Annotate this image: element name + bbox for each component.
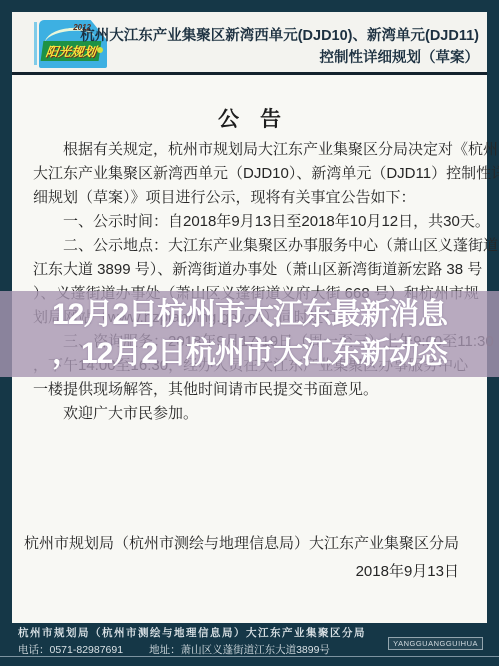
notice-line: 二、公示地点：大江东产业集聚区办事服务中心（萧山区义蓬街道 xyxy=(33,234,469,258)
footer-phone: 电话：0571-82987691 xyxy=(18,644,123,656)
plan-title-line1: 杭州大江东产业集聚区新湾西单元(DJD10)、新湾单元(DJD11) xyxy=(80,25,479,47)
notice-line: 一楼提供现场解答，其他时间请市民提交书面意见。 xyxy=(33,378,469,402)
plan-title: 杭州大江东产业集聚区新湾西单元(DJD10)、新湾单元(DJD11) 控制性详细… xyxy=(80,25,479,69)
notice-line: 细规划（草案）》项目进行公示，现将有关事宜公告如下： xyxy=(33,186,469,210)
footer-divider-line xyxy=(0,656,499,657)
notice-line: 江东大道 3899 号）、新湾街道办事处（萧山区新湾街道新宏路 38 号 xyxy=(33,258,469,282)
signature-org: 杭州市规划局（杭州市测绘与地理信息局）大江东产业集聚区分局 xyxy=(24,530,459,558)
notice-line: 欢迎广大市民参加。 xyxy=(33,402,469,426)
signature-date: 2018年9月13日 xyxy=(24,558,459,586)
footer-bar: 杭州市规划局（杭州市测绘与地理信息局）大江东产业集聚区分局 电话：0571-82… xyxy=(0,623,499,666)
headline-line2: ，12月2日杭州市大江东新动态 xyxy=(52,334,447,373)
notice-line: 大江东产业集聚区新湾西单元（DJD10）、新湾单元（DJD11）控制性详 xyxy=(33,162,469,186)
notice-title: 公 告 xyxy=(12,103,487,133)
footer-watermark-box: YANGGUANGGUIHUA xyxy=(388,637,483,650)
signature-block: 杭州市规划局（杭州市测绘与地理信息局）大江东产业集聚区分局 2018年9月13日 xyxy=(24,530,459,586)
headline-line1: 12月2日杭州市大江东最新消息 xyxy=(52,295,447,334)
notice-line: 一、公示时间：自2018年9月13日至2018年10月12日，共30天。 xyxy=(33,210,469,234)
headline-overlay: 12月2日杭州市大江东最新消息 ，12月2日杭州市大江东新动态 xyxy=(0,291,499,377)
footer-contact: 电话：0571-82987691地址：萧山区义蓬街道江东大道3899号 xyxy=(18,642,330,657)
notice-line: 根据有关规定，杭州市规划局大江东产业集聚区分局决定对《杭州 xyxy=(33,138,469,162)
logo-tab-stripe xyxy=(34,22,37,65)
header-band: 2012 阳光规划 杭州大江东产业集聚区新湾西单元(DJD10)、新湾单元(DJ… xyxy=(12,12,487,72)
footer-address: 地址：萧山区义蓬街道江东大道3899号 xyxy=(149,644,330,656)
notice-body: 根据有关规定，杭州市规划局大江东产业集聚区分局决定对《杭州 大江东产业集聚区新湾… xyxy=(33,138,469,426)
plan-title-line2: 控制性详细规划（草案） xyxy=(80,47,479,69)
footer-org-name: 杭州市规划局（杭州市测绘与地理信息局）大江东产业集聚区分局 xyxy=(18,625,366,640)
